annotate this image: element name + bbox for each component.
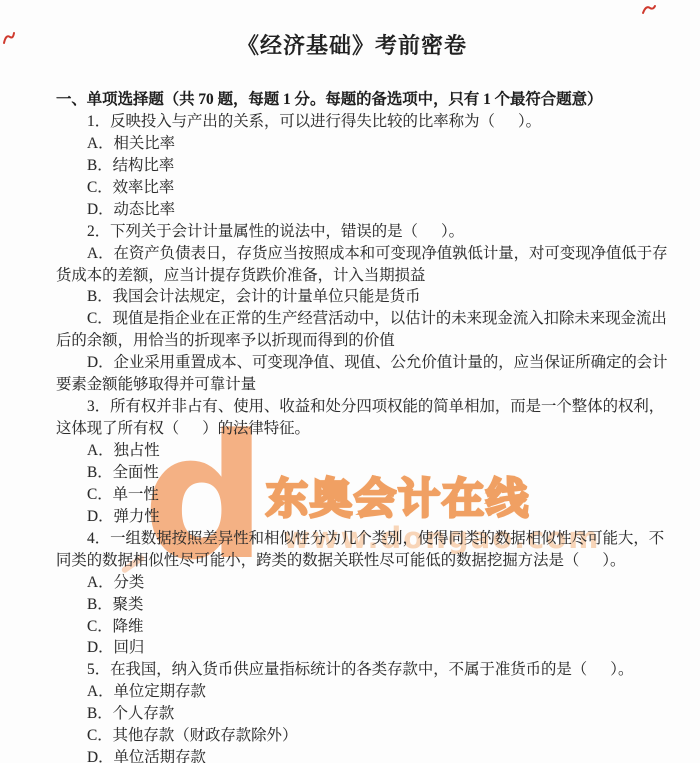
option-line: A．单位定期存款 xyxy=(56,681,648,703)
option-line: A．相关比率 xyxy=(56,133,648,155)
option-line: B．我国会计法规定，会计的计量单位只能是货币 xyxy=(56,286,648,308)
option-line: B．结构比率 xyxy=(56,155,648,177)
question-stem-line: 同类的数据相似性尽可能小，跨类的数据关联性尽可能低的数据挖掘方法是（ ）。 xyxy=(56,550,648,572)
option-line: 货成本的差额，应当计提存货跌价准备，计入当期损益 xyxy=(56,265,648,287)
question-stem-line: 1．反映投入与产出的关系，可以进行得失比较的比率称为（ ）。 xyxy=(56,111,648,133)
red-pen-mark-right xyxy=(641,2,657,17)
question-stem-line: 5．在我国，纳入货币供应量指标统计的各类存款中，不属于准货币的是（ ）。 xyxy=(56,659,648,681)
option-line: C．其他存款（财政存款除外） xyxy=(56,725,648,747)
red-pen-mark-left xyxy=(2,30,16,46)
option-line: C．现值是指企业在正常的生产经营活动中，以估计的未来现金流入扣除未来现金流出 xyxy=(56,308,648,330)
option-line: B．全面性 xyxy=(56,462,648,484)
option-line: D．回归 xyxy=(56,637,648,659)
option-line: A．独占性 xyxy=(56,440,648,462)
option-line: D．单位活期存款 xyxy=(56,747,648,763)
question-stem-line: 4．一组数据按照差异性和相似性分为几个类别，使得同类的数据相似性尽可能大，不 xyxy=(56,528,648,550)
option-line: C．效率比率 xyxy=(56,177,648,199)
option-line: A．分类 xyxy=(56,572,648,594)
option-line: 后的余额，用恰当的折现率予以折现而得到的价值 xyxy=(56,330,648,352)
page-title: 《经济基础》考前密卷 xyxy=(56,33,648,59)
exam-document-page: d 东奥会计在线 www.dongao.com 《经济基础》考前密卷 一、单项选… xyxy=(0,0,700,763)
option-line: C．单一性 xyxy=(56,484,648,506)
option-line: B．个人存款 xyxy=(56,703,648,725)
question-stem-line: 这体现了所有权（ ）的法律特征。 xyxy=(56,418,648,440)
option-line: B．聚类 xyxy=(56,594,648,616)
option-line: D．企业采用重置成本、可变现净值、现值、公允价值计量的，应当保证所确定的会计 xyxy=(56,352,648,374)
option-line: D．弹力性 xyxy=(56,506,648,528)
question-stem-line: 2．下列关于会计计量属性的说法中，错误的是（ ）。 xyxy=(56,221,648,243)
question-stem-line: 3．所有权并非占有、使用、收益和处分四项权能的简单相加，而是一个整体的权利， xyxy=(56,396,648,418)
section-header: 一、单项选择题（共 70 题，每题 1 分。每题的备选项中，只有 1 个最符合题… xyxy=(56,89,648,111)
option-line: A．在资产负债表日，存货应当按照成本和可变现净值孰低计量，对可变现净值低于存 xyxy=(56,243,648,265)
question-list: 一、单项选择题（共 70 题，每题 1 分。每题的备选项中，只有 1 个最符合题… xyxy=(56,89,648,763)
document-content: 《经济基础》考前密卷 一、单项选择题（共 70 题，每题 1 分。每题的备选项中… xyxy=(56,0,648,763)
option-line: C．降维 xyxy=(56,616,648,638)
option-line: 要素金额能够取得并可靠计量 xyxy=(56,374,648,396)
option-line: D．动态比率 xyxy=(56,199,648,221)
